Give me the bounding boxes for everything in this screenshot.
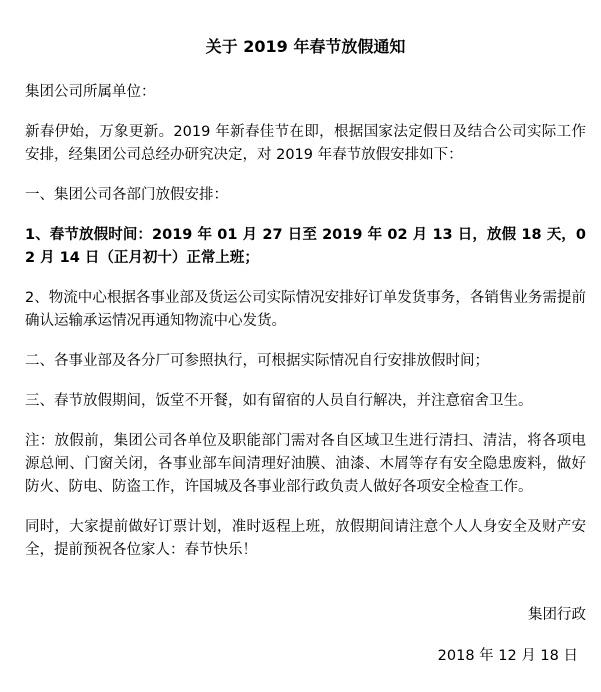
salutation: 集团公司所属单位：	[25, 81, 586, 104]
paragraph-item-2-logistics: 2、物流中心根据各事业部及货运公司实际情况安排好订单发货事务，各销售业务需提前确…	[25, 287, 586, 333]
signature: 集团行政	[25, 604, 586, 627]
document-date: 2018 年 12 月 18 日	[25, 645, 586, 668]
paragraph-item-1-holiday-time: 1、春节放假时间：2019 年 01 月 27 日至 2019 年 02 月 1…	[25, 224, 586, 270]
paragraph-list: 新春伊始，万象更新。2019 年新春佳节在即，根据国家法定假日及结合公司实际工作…	[25, 121, 586, 562]
document-title: 关于 2019 年春节放假通知	[25, 36, 586, 58]
paragraph-section-2: 二、各事业部及各分厂可参照执行，可根据实际情况自行安排放假时间；	[25, 350, 586, 373]
paragraph-closing: 同时，大家提前做好订票计划，准时返程上班，放假期间请注意个人人身安全及财产安全，…	[25, 516, 586, 562]
paragraph-intro: 新春伊始，万象更新。2019 年新春佳节在即，根据国家法定假日及结合公司实际工作…	[25, 121, 586, 167]
notice-document: 关于 2019 年春节放假通知 集团公司所属单位： 新春伊始，万象更新。2019…	[0, 0, 601, 692]
paragraph-section-1-heading: 一、集团公司各部门放假安排：	[25, 184, 586, 207]
paragraph-section-3: 三、春节放假期间，饭堂不开餐，如有留宿的人员自行解决，并注意宿舍卫生。	[25, 390, 586, 413]
paragraph-note: 注：放假前，集团公司各单位及职能部门需对各自区域卫生进行清扫、清洁，将各项电源总…	[25, 430, 586, 499]
